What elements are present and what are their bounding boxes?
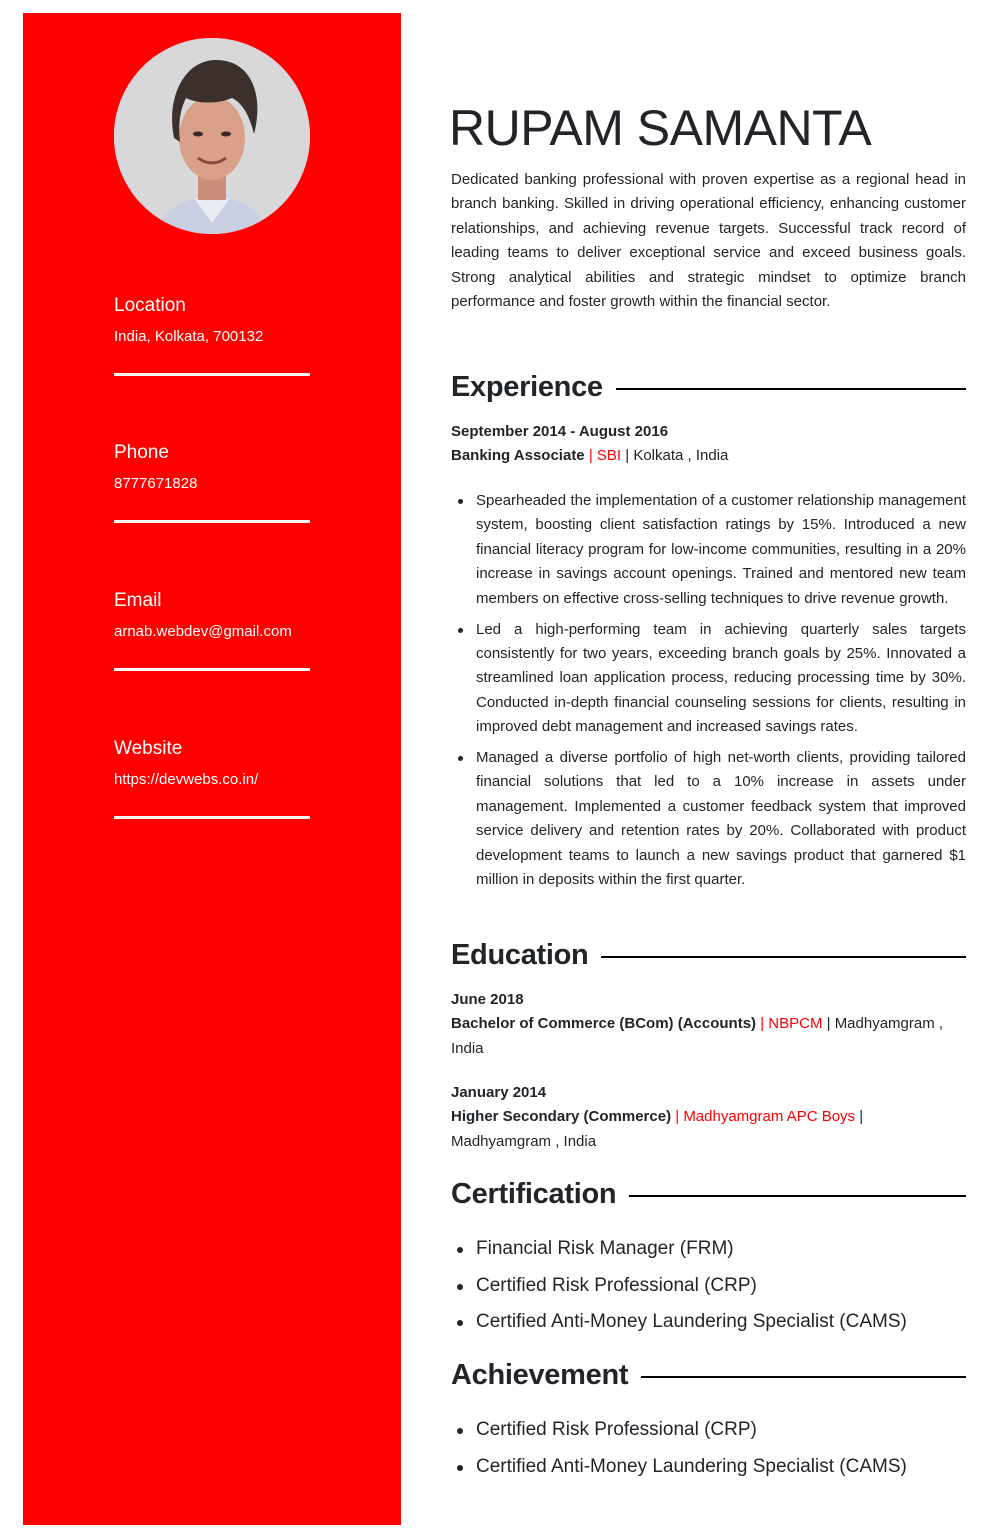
section-title: Education — [451, 937, 588, 973]
entry-details: Higher Secondary (Commerce) | Madhyamgra… — [451, 1105, 951, 1154]
profile-photo-icon — [114, 38, 310, 234]
section-rule — [641, 1376, 966, 1378]
contact-value[interactable]: https://devwebs.co.in/ — [114, 770, 310, 790]
entry-details: Bachelor of Commerce (BCom) (Accounts) |… — [451, 1012, 966, 1061]
contact-value[interactable]: arnab.webdev@gmail.com — [114, 622, 310, 642]
entry-institution: Madhyamgram APC Boys — [683, 1108, 855, 1125]
list-item: Certified Risk Professional (CRP) — [451, 1274, 966, 1298]
contact-label: Email — [114, 589, 310, 613]
entry-organization: SBI — [597, 447, 621, 464]
section-title: Certification — [451, 1176, 616, 1212]
separator: | — [756, 1015, 768, 1032]
contact-label: Website — [114, 737, 310, 761]
entry-date: January 2014 — [451, 1081, 966, 1105]
entry-degree: Higher Secondary (Commerce) — [451, 1108, 671, 1125]
section-rule — [601, 956, 966, 958]
contact-value: India, Kolkata, 700132 — [114, 327, 310, 347]
list-item: Managed a diverse portfolio of high net-… — [451, 746, 966, 892]
profile-summary: Dedicated banking professional with prov… — [451, 168, 966, 314]
section-experience: Experience — [451, 369, 966, 405]
section-education: Education — [451, 937, 966, 973]
contact-phone: Phone 8777671828 — [114, 441, 310, 523]
section-title: Experience — [451, 369, 603, 405]
entry-role: Banking Associate — [451, 447, 585, 464]
list-item: Certified Anti-Money Laundering Speciali… — [451, 1310, 966, 1334]
sidebar: Location India, Kolkata, 700132 Phone 87… — [23, 13, 401, 1525]
certification-list: Financial Risk Manager (FRM) Certified R… — [451, 1237, 966, 1347]
entry-location: Kolkata , India — [633, 447, 728, 464]
section-achievement: Achievement — [451, 1357, 966, 1393]
separator: | — [621, 447, 633, 464]
contact-email: Email arnab.webdev@gmail.com — [114, 589, 310, 671]
entry-date: June 2018 — [451, 988, 966, 1012]
entry-date: September 2014 - August 2016 — [451, 420, 966, 444]
achievement-list: Certified Risk Professional (CRP) Certif… — [451, 1418, 966, 1491]
entry-details: Banking Associate | SBI | Kolkata , Indi… — [451, 444, 966, 468]
education-entry: June 2018 Bachelor of Commerce (BCom) (A… — [451, 988, 966, 1061]
list-item: Certified Risk Professional (CRP) — [451, 1418, 966, 1442]
list-item: Financial Risk Manager (FRM) — [451, 1237, 966, 1261]
profile-photo — [114, 38, 310, 234]
education-entry: January 2014 Higher Secondary (Commerce)… — [451, 1081, 966, 1154]
section-rule — [629, 1195, 966, 1197]
divider — [114, 668, 310, 671]
section-title: Achievement — [451, 1357, 628, 1393]
separator: | — [671, 1108, 683, 1125]
divider — [114, 520, 310, 523]
separator: | — [585, 447, 597, 464]
list-item: Certified Anti-Money Laundering Speciali… — [451, 1455, 966, 1479]
contact-label: Phone — [114, 441, 310, 465]
separator: | — [822, 1015, 834, 1032]
contact-label: Location — [114, 294, 310, 318]
contact-value: 8777671828 — [114, 474, 310, 494]
separator: | — [855, 1108, 863, 1125]
divider — [114, 373, 310, 376]
candidate-name: RUPAM SAMANTA — [449, 98, 871, 158]
experience-bullets: Spearheaded the implementation of a cust… — [451, 489, 966, 899]
section-rule — [616, 388, 966, 390]
contact-location: Location India, Kolkata, 700132 — [114, 294, 310, 376]
entry-institution: NBPCM — [768, 1015, 822, 1032]
section-certification: Certification — [451, 1176, 966, 1212]
list-item: Led a high-performing team in achieving … — [451, 618, 966, 740]
experience-entry: September 2014 - August 2016 Banking Ass… — [451, 420, 966, 469]
list-item: Spearheaded the implementation of a cust… — [451, 489, 966, 611]
contact-website: Website https://devwebs.co.in/ — [114, 737, 310, 819]
entry-location: Madhyamgram , India — [451, 1133, 596, 1150]
entry-degree: Bachelor of Commerce (BCom) (Accounts) — [451, 1015, 756, 1032]
divider — [114, 816, 310, 819]
